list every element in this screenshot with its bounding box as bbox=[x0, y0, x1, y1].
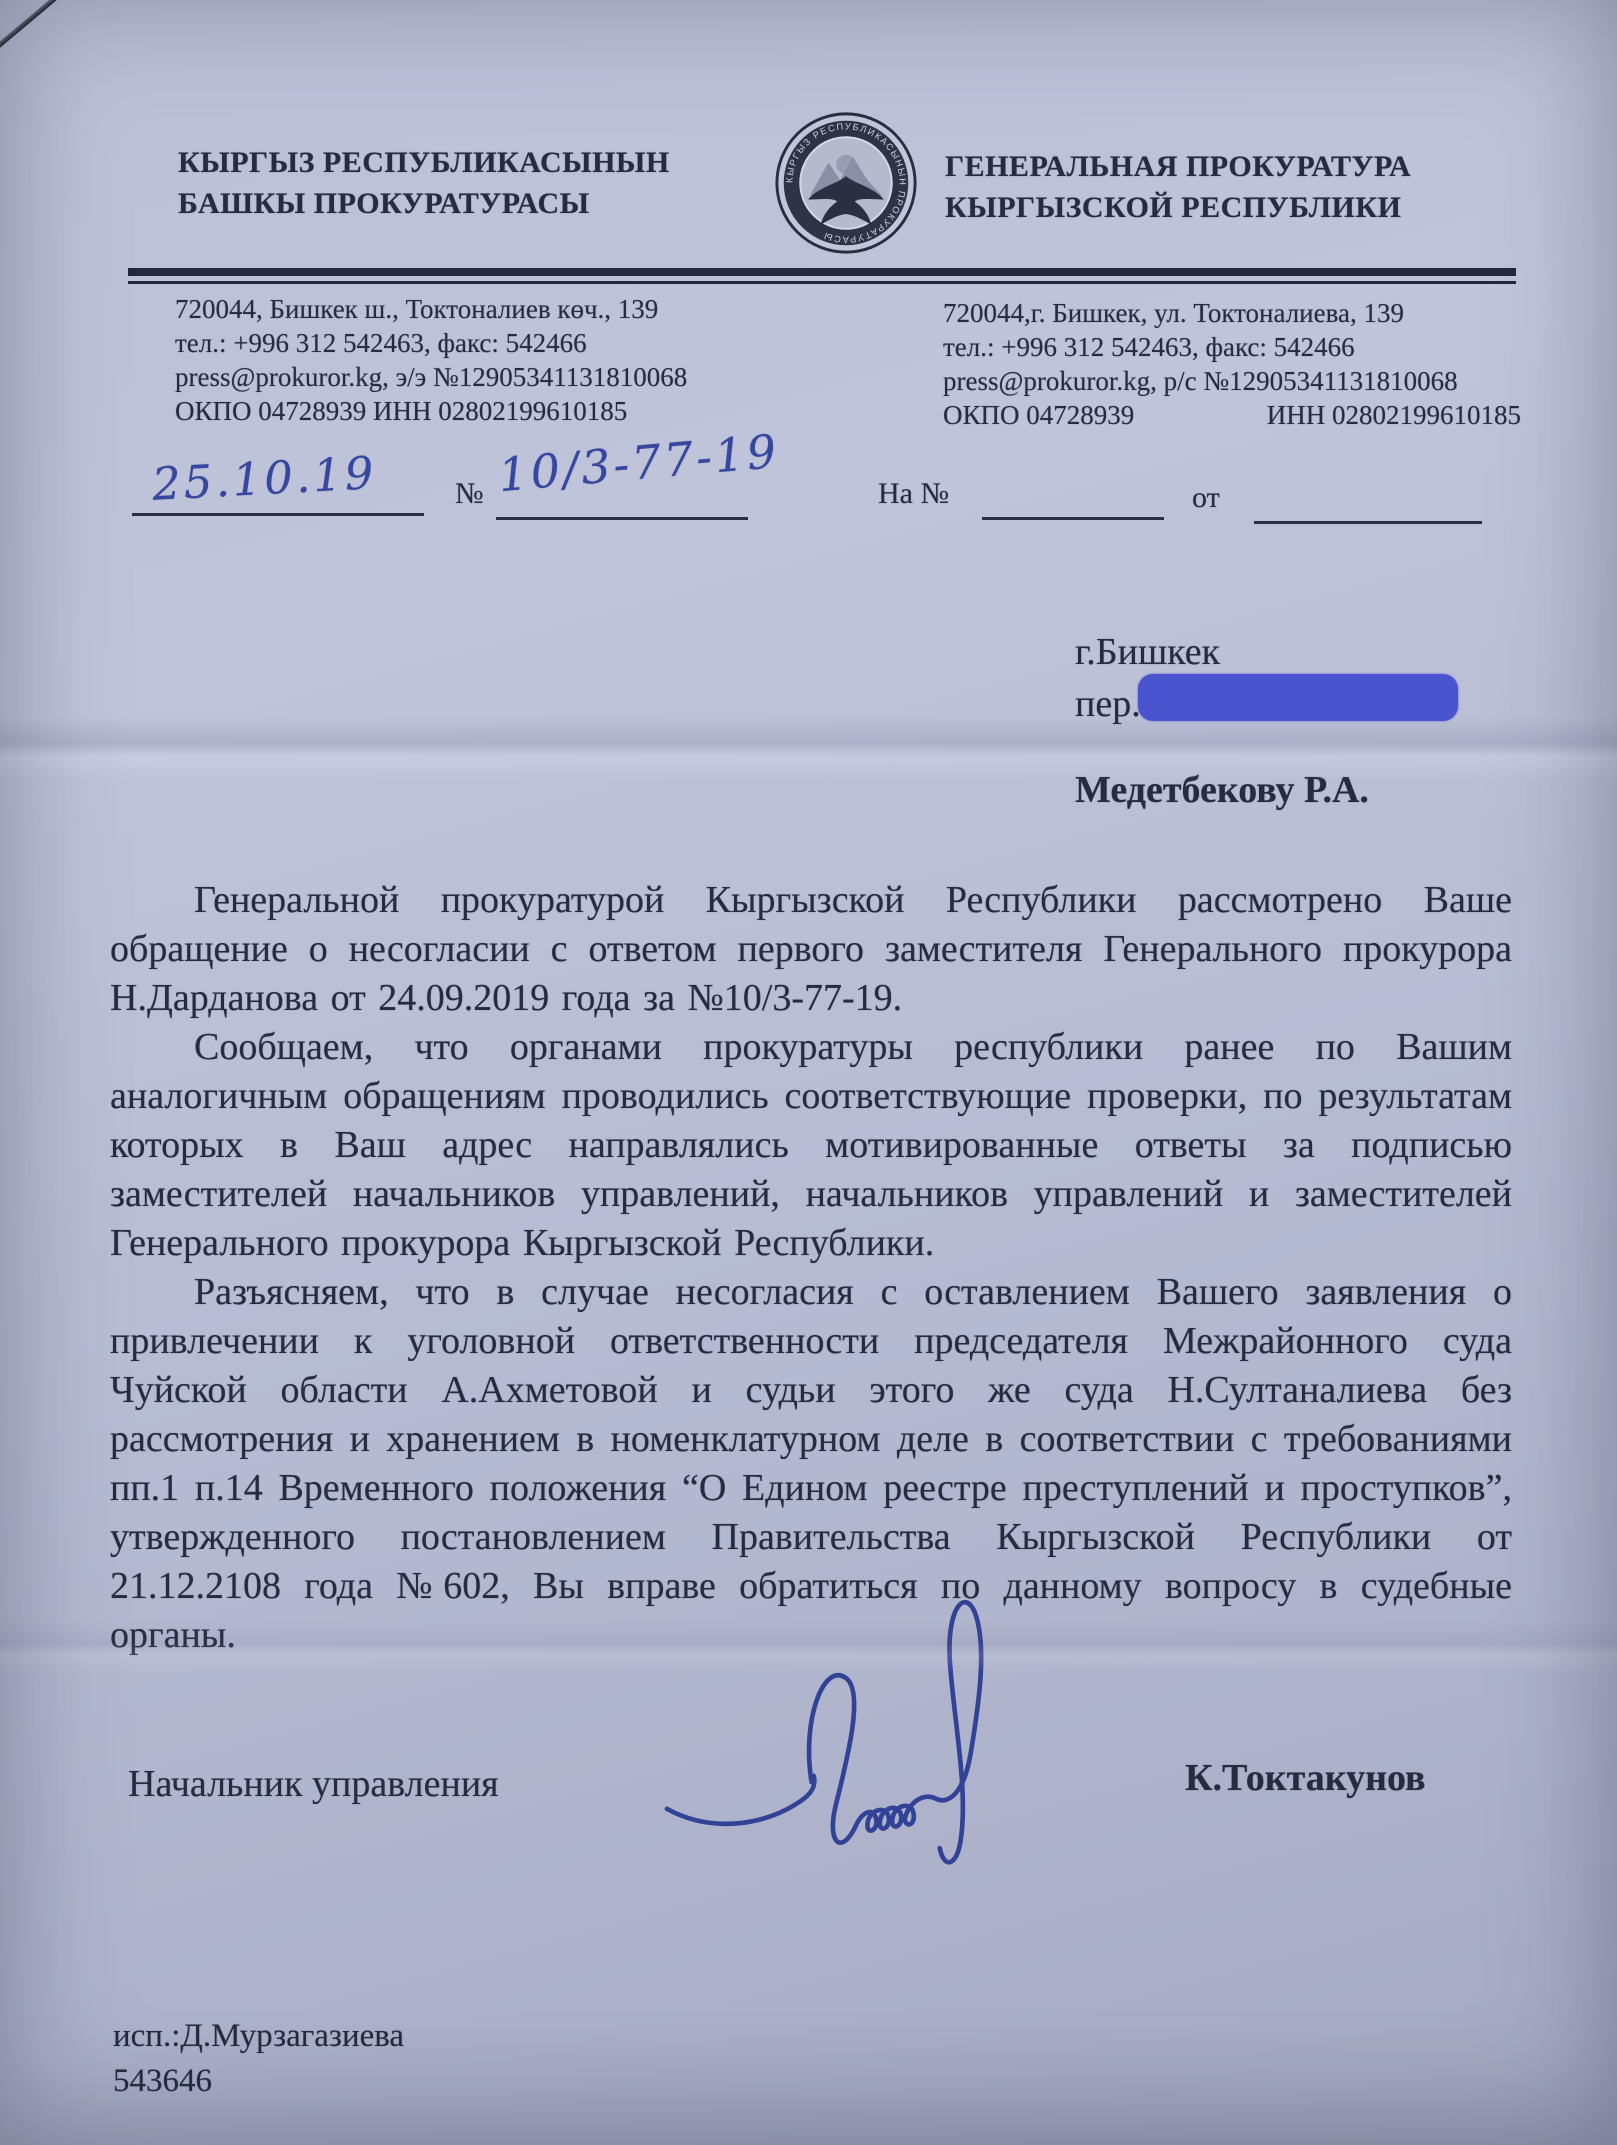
executor-block: исп.:Д.Мурзагазиева 543646 bbox=[113, 2014, 404, 2104]
handwritten-signature bbox=[636, 1596, 1136, 1906]
contact-block-russian: 720044,г. Бишкек, ул. Токтоналиева, 139 … bbox=[943, 296, 1521, 432]
org-name-kyrgyz-line2: БАШКЫ ПРОКУРАТУРАСЫ bbox=[178, 187, 590, 220]
contact-email-account: press@prokuror.kg, э/э №1290534113181006… bbox=[175, 360, 740, 394]
org-name-russian-line1: ГЕНЕРАЛЬНАЯ ПРОКУРАТУРА bbox=[945, 150, 1411, 183]
contact-okpo-inn: ОКПО 04728939 ИНН 02802199610185 bbox=[943, 398, 1521, 432]
contact-okpo-inn: ОКПО 04728939 ИНН 02802199610185 bbox=[175, 394, 740, 428]
letter-body: Генеральной прокуратурой Кыргызской Респ… bbox=[110, 876, 1512, 1660]
signer-position-title: Начальник управления bbox=[128, 1762, 499, 1806]
contact-okpo: ОКПО 04728939 bbox=[943, 398, 1134, 432]
signer-name: К.Токтакунов bbox=[1185, 1756, 1426, 1800]
redacted-address-block bbox=[1138, 674, 1458, 721]
body-paragraph-2: Сообщаем, что органами прокуратуры респу… bbox=[110, 1023, 1512, 1268]
contact-phone: тел.: +996 312 542463, факс: 542466 bbox=[175, 326, 740, 360]
contact-address: 720044, Бишкек ш., Токтоналиев көч., 139 bbox=[175, 292, 740, 326]
executor-phone: 543646 bbox=[113, 2063, 212, 2099]
contact-block-kyrgyz: 720044, Бишкек ш., Токтоналиев көч., 139… bbox=[175, 292, 740, 428]
contact-address: 720044,г. Бишкек, ул. Токтоналиева, 139 bbox=[943, 296, 1521, 330]
scanned-letter-page: КЫРГЫЗ РЕСПУБЛИКАСЫНЫН БАШКЫ ПРОКУРАТУРА… bbox=[0, 0, 1617, 2145]
recipient-street-prefix: пер. bbox=[1075, 682, 1141, 726]
incoming-number-label: На № bbox=[878, 477, 949, 511]
recipient-city: г.Бишкек bbox=[1075, 630, 1220, 674]
org-name-kyrgyz: КЫРГЫЗ РЕСПУБЛИКАСЫНЫН БАШКЫ ПРОКУРАТУРА… bbox=[178, 142, 778, 224]
contact-inn: ИНН 02802199610185 bbox=[1267, 398, 1521, 432]
contact-email-account: press@prokuror.kg, р/с №1290534113181006… bbox=[943, 364, 1521, 398]
number-sign: № bbox=[455, 477, 484, 511]
recipient-name: Медетбекову Р.А. bbox=[1075, 768, 1369, 812]
outgoing-date-handwritten: 25.10.19 bbox=[151, 446, 378, 511]
photo-corner-pen-edge bbox=[0, 0, 60, 51]
from-date-blank bbox=[1254, 521, 1482, 524]
executor-name: исп.:Д.Мурзагазиева bbox=[113, 2018, 404, 2054]
paper-fold-crease bbox=[0, 716, 1617, 780]
number-underline bbox=[496, 517, 748, 520]
contact-phone: тел.: +996 312 542463, факс: 542466 bbox=[943, 330, 1521, 364]
org-name-kyrgyz-line1: КЫРГЫЗ РЕСПУБЛИКАСЫНЫН bbox=[178, 146, 670, 179]
org-name-russian: ГЕНЕРАЛЬНАЯ ПРОКУРАТУРА КЫРГЫЗСКОЙ РЕСПУ… bbox=[945, 146, 1545, 228]
from-label: от bbox=[1192, 481, 1220, 515]
org-name-russian-line2: КЫРГЫЗСКОЙ РЕСПУБЛИКИ bbox=[945, 191, 1401, 224]
state-seal-icon: КЫРГЫЗ РЕСПУБЛИКАСЫНЫН ПРОКУРАТУРАСЫ bbox=[773, 110, 919, 256]
date-underline bbox=[132, 513, 424, 516]
outgoing-number-handwritten: 10/3-77-19 bbox=[496, 424, 781, 502]
body-paragraph-1: Генеральной прокуратурой Кыргызской Респ… bbox=[110, 876, 1512, 1023]
incoming-number-blank bbox=[982, 517, 1164, 520]
letterhead-divider bbox=[128, 268, 1516, 284]
